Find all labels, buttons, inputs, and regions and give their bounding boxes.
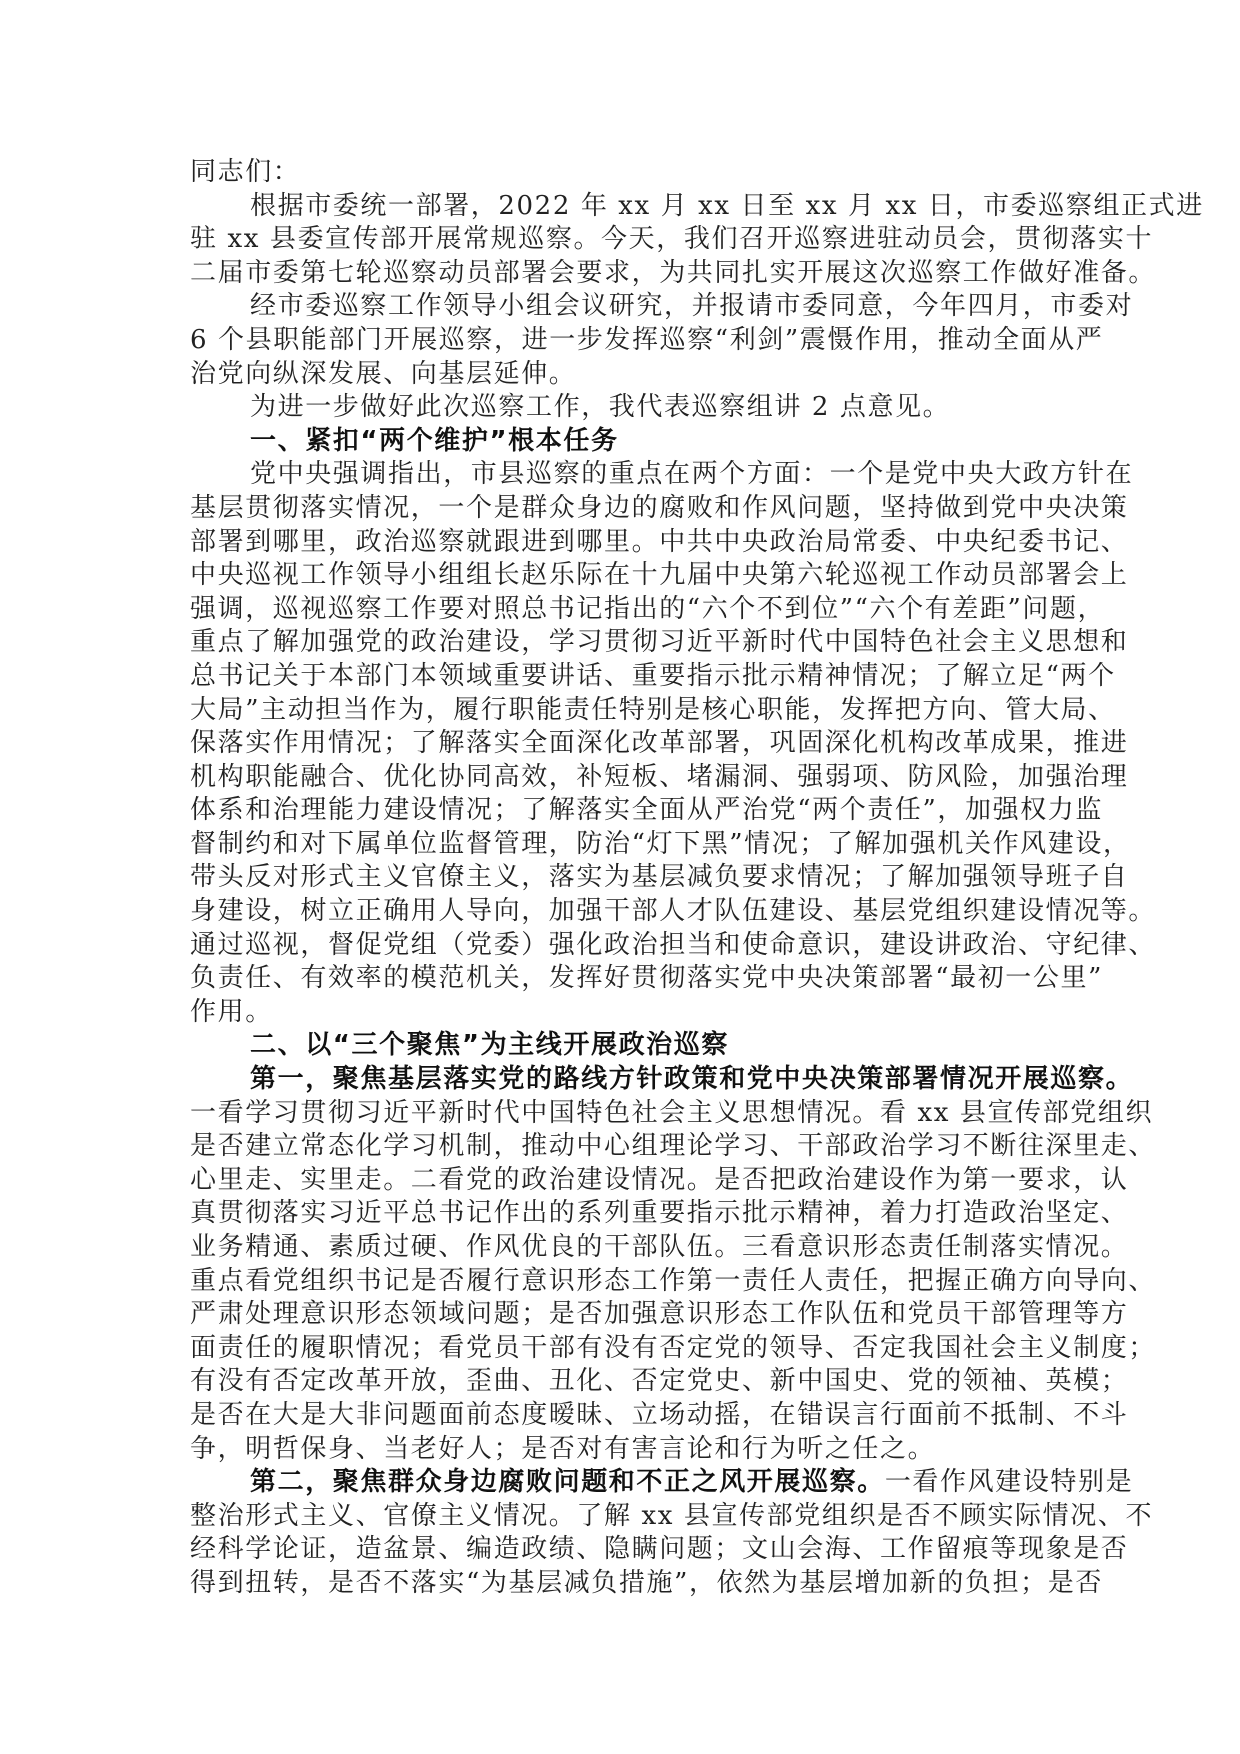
paragraph-line: 为进一步做好此次巡察工作，我代表巡察组讲 2 点意见。 [190,391,1040,425]
subheading-second: 第二，聚焦群众身边腐败问题和不正之风开展巡察。 [250,1467,885,1497]
salutation: 同志们： [190,156,1040,190]
paragraph-line: 经市委巡察工作领导小组会议研究，并报请市委同意，今年四月，市委对 [190,290,1040,324]
paragraph-line: 强调，巡视巡察工作要对照总书记指出的“六个不到位”“六个有差距”问题， [190,593,1040,627]
paragraph-line: 大局”主动担当作为，履行职能责任特别是核心职能，发挥把方向、管大局、 [190,694,1040,728]
paragraph-line: 业务精通、素质过硬、作风优良的干部队伍。三看意识形态责任制落实情况。 [190,1231,1040,1265]
paragraph-line: 保落实作用情况；了解落实全面深化改革部署，巩固深化机构改革成果，推进 [190,727,1040,761]
paragraph-line: 治党向纵深发展、向基层延伸。 [190,358,1040,392]
paragraph-line: 根据市委统一部署，2022 年 xx 月 xx 日至 xx 月 xx 日，市委巡… [190,190,1040,224]
paragraph-line: 得到扭转，是否不落实“为基层减负措施”，依然为基层增加新的负担；是否 [190,1567,1040,1601]
paragraph-line: 机构职能融合、优化协同高效，补短板、堵漏洞、强弱项、防风险，加强治理 [190,761,1040,795]
paragraph-line: 真贯彻落实习近平总书记作出的系列重要指示批示精神，着力打造政治坚定、 [190,1197,1040,1231]
paragraph-line: 面责任的履职情况；看党员干部有没有否定党的领导、否定我国社会主义制度； [190,1332,1040,1366]
paragraph-line: 通过巡视，督促党组（党委）强化政治担当和使命意识，建设讲政治、守纪律、 [190,929,1040,963]
paragraph-line: 严肃处理意识形态领域问题；是否加强意识形态工作队伍和党员干部管理等方 [190,1298,1040,1332]
paragraph-line: 作用。 [190,996,1040,1030]
paragraph-line: 争，明哲保身、当老好人；是否对有害言论和行为听之任之。 [190,1433,1040,1467]
paragraph-line: 6 个县职能部门开展巡察，进一步发挥巡察“利剑”震慑作用，推动全面从严 [190,324,1040,358]
paragraph-line: 一看学习贯彻习近平新时代中国特色社会主义思想情况。看 xx 县宣传部党组织 [190,1097,1040,1131]
document-page: 同志们： 根据市委统一部署，2022 年 xx 月 xx 日至 xx 月 xx … [190,156,1040,1601]
paragraph-line: 基层贯彻落实情况，一个是群众身边的腐败和作风问题，坚持做到党中央决策 [190,492,1040,526]
paragraph-line: 部署到哪里，政治巡察就跟进到哪里。中共中央政治局常委、中央纪委书记、 [190,526,1040,560]
paragraph-line: 经科学论证，造盆景、编造政绩、隐瞒问题；文山会海、工作留痕等现象是否 [190,1533,1040,1567]
paragraph-line: 督制约和对下属单位监督管理，防治“灯下黑”情况；了解加强机关作风建设， [190,828,1040,862]
paragraph-line: 带头反对形式主义官僚主义，落实为基层减负要求情况；了解加强领导班子自 [190,861,1040,895]
paragraph-line: 总书记关于本部门本领域重要讲话、重要指示批示精神情况；了解立足“两个 [190,660,1040,694]
paragraph-line: 二届市委第七轮巡察动员部署会要求，为共同扎实开展这次巡察工作做好准备。 [190,257,1040,291]
paragraph-line: 重点了解加强党的政治建设，学习贯彻习近平新时代中国特色社会主义思想和 [190,626,1040,660]
paragraph-line: 党中央强调指出，市县巡察的重点在两个方面：一个是党中央大政方针在 [190,458,1040,492]
paragraph-text: 一看作风建设特别是 [885,1467,1133,1497]
paragraph-line: 重点看党组织书记是否履行意识形态工作第一责任人责任，把握正确方向导向、 [190,1265,1040,1299]
paragraph-line: 负责任、有效率的模范机关，发挥好贯彻落实党中央决策部署“最初一公里” [190,962,1040,996]
section-heading-1: 一、紧扣“两个维护”根本任务 [190,425,1040,459]
paragraph-line: 身建设，树立正确用人导向，加强干部人才队伍建设、基层党组织建设情况等。 [190,895,1040,929]
paragraph-line: 整治形式主义、官僚主义情况。了解 xx 县宣传部党组织是否不顾实际情况、不 [190,1500,1040,1534]
section-heading-2: 二、以“三个聚焦”为主线开展政治巡察 [190,1029,1040,1063]
paragraph-line: 中央巡视工作领导小组组长赵乐际在十九届中央第六轮巡视工作动员部署会上 [190,559,1040,593]
paragraph-line: 是否在大是大非问题面前态度暧昧、立场动摇，在错误言行面前不抵制、不斗 [190,1399,1040,1433]
paragraph-line: 有没有否定改革开放，歪曲、丑化、否定党史、新中国史、党的领袖、英模； [190,1365,1040,1399]
paragraph-line: 体系和治理能力建设情况；了解落实全面从严治党“两个责任”，加强权力监 [190,794,1040,828]
subheading-first: 第一，聚焦基层落实党的路线方针政策和党中央决策部署情况开展巡察。 [190,1063,1040,1097]
paragraph-line: 是否建立常态化学习机制，推动中心组理论学习、干部政治学习不断往深里走、 [190,1130,1040,1164]
paragraph-line: 驻 xx 县委宣传部开展常规巡察。今天，我们召开巡察进驻动员会，贯彻落实十 [190,223,1040,257]
paragraph-line-mixed: 第二，聚焦群众身边腐败问题和不正之风开展巡察。一看作风建设特别是 [190,1466,1040,1500]
paragraph-line: 心里走、实里走。二看党的政治建设情况。是否把政治建设作为第一要求，认 [190,1164,1040,1198]
